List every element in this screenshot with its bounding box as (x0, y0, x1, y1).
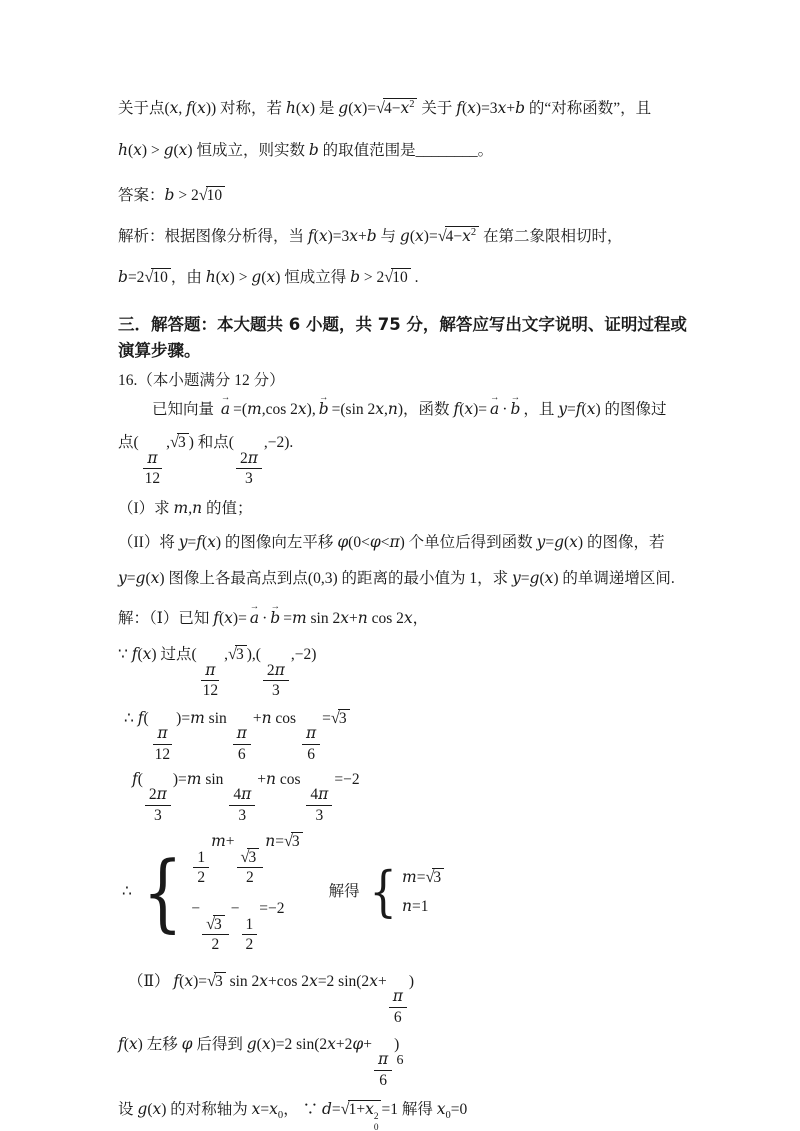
left-brace-small: { (369, 866, 396, 918)
q15-statement-line2: h(x) > g(x) 恒成立，则实数 b 的取值范围是________。 (118, 138, 696, 163)
page-number: 6 (0, 1053, 800, 1069)
result-rows: m=√3 n=1 (402, 865, 444, 918)
document-page: 关于点(x, f(x)) 对称，若 h(x) 是 g(x)=√4−x2 关于 f… (0, 0, 800, 1131)
system-result-2: n=1 (402, 894, 428, 919)
q16-part2-line2: y=g(x) 图像上各最高点到点(0,3) 的距离的最小值为 1，求 y=g(x… (118, 566, 696, 591)
solve-label: 解得 (329, 880, 360, 904)
q16-solution-line1: 解：（Ⅰ）已知 f(x)=a·b=m sin 2x+n cos 2x， (118, 606, 696, 631)
q15-analysis-line2: b=2√10，由 h(x) > g(x) 恒成立得 b > 2√10 . (118, 265, 696, 290)
system-equation-1: 12m+√32n=√3 (191, 829, 302, 887)
q16-solution-line7: 设 g(x) 的对称轴为 x=x0， ∵ d=√1+x20=1 解得 x0=0 (118, 1097, 696, 1131)
q15-answer-line: 答案：b > 2√10 (118, 183, 696, 208)
q16-solution-line3: ∴ f(π12)=m sin π6+n cos π6=√3 (124, 706, 696, 764)
q15-analysis-line1: 解析：根据图像分析得，当 f(x)=3x+b 与 g(x)=√4−x2 在第二象… (118, 224, 696, 249)
system-result-1: m=√3 (402, 865, 444, 890)
equation-cases-left: { 12m+√32n=√3 −√32−12=−2 (136, 829, 303, 955)
section-three-heading: 三．解答题：本大题共 6 小题，共 75 分，解答应写出文字说明、证明过程或演算… (118, 312, 696, 363)
q16-given-line1: 已知向量 a=(m,cos 2x),b=(sin 2x,n)，函数 f(x)=a… (152, 397, 696, 422)
q16-part2-line1: （II）将 y=f(x) 的图像向左平移 φ(0<φ<π) 个单位后得到函数 y… (118, 530, 696, 555)
equation-cases-right: { m=√3 n=1 (366, 865, 445, 918)
therefore-symbol: ∴ (122, 880, 132, 904)
q16-given-line2: 点(π12,√3) 和点(2π3,−2). (118, 430, 696, 488)
equation-system: ∴ { 12m+√32n=√3 −√32−12=−2 解得 { m=√3 n=1 (122, 829, 696, 955)
q16-part1: （I）求 m,n 的值； (118, 496, 696, 521)
q15-statement-line1: 关于点(x, f(x)) 对称，若 h(x) 是 g(x)=√4−x2 关于 f… (118, 96, 696, 121)
equation-rows: 12m+√32n=√3 −√32−12=−2 (191, 829, 302, 955)
q16-solution-line5: （Ⅱ） f(x)=√3 sin 2x+cos 2x=2 sin(2x+π6) (128, 969, 696, 1027)
q16-title: 16.（本小题满分 12 分） (118, 369, 696, 393)
page-content: 关于点(x, f(x)) 对称，若 h(x) 是 g(x)=√4−x2 关于 f… (118, 96, 696, 1131)
q16-solution-line2: ∵ f(x) 过点(π12,√3),(2π3,−2) (118, 642, 696, 700)
q16-solution-line4: f(2π3)=m sin 4π3+n cos 4π3=−2 (132, 767, 696, 825)
left-brace-large: { (143, 852, 183, 932)
system-equation-2: −√32−12=−2 (191, 897, 284, 954)
